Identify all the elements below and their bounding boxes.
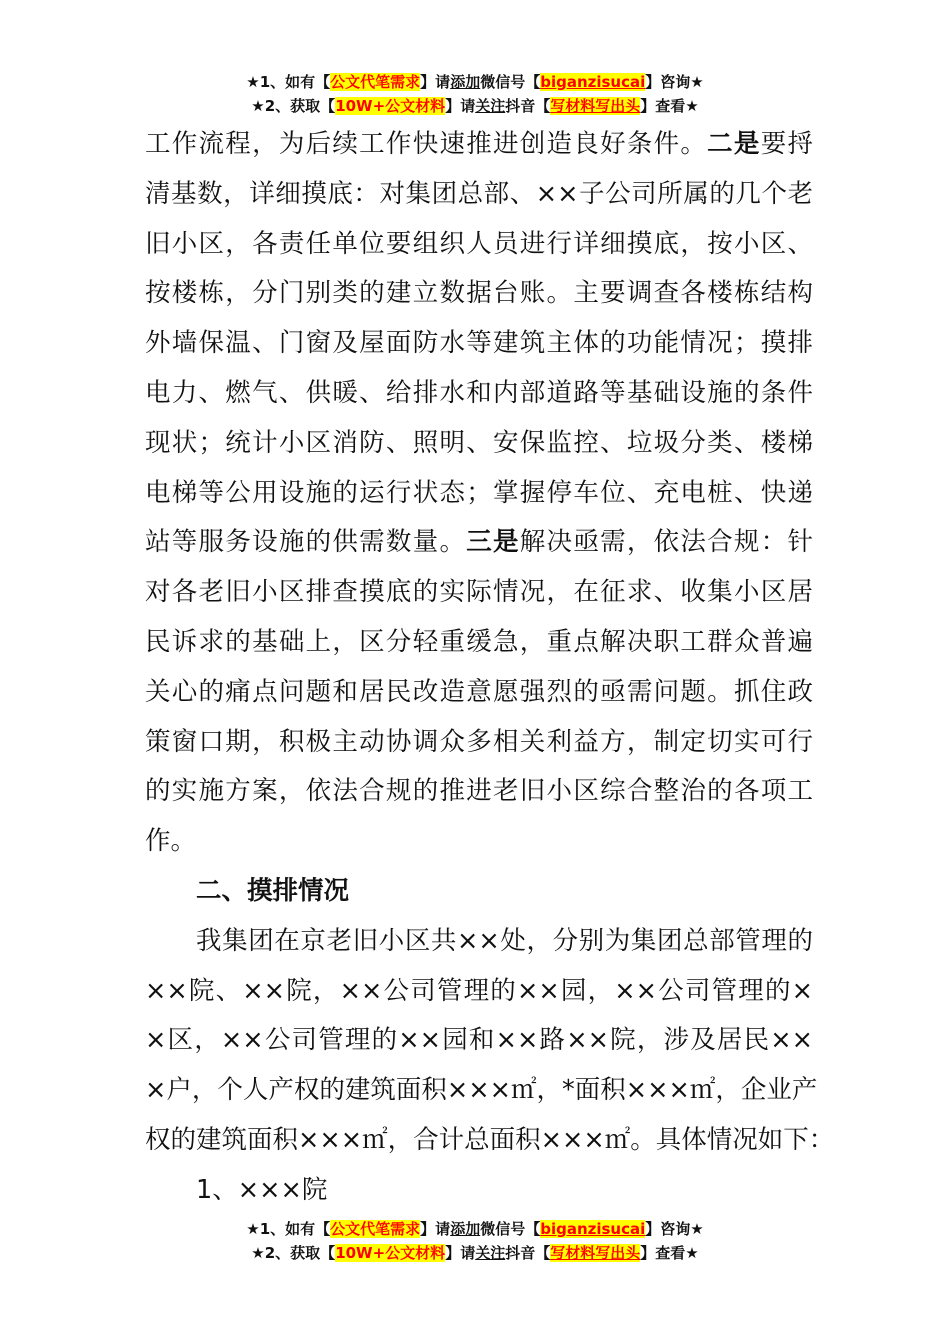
footer-banner: ★1、如有【公文代笔需求】请添加微信号【biganzisucai】咨询★ ★2、… [0, 1217, 950, 1265]
banner-text: 】请 [420, 1220, 450, 1238]
highlight-materials: 10W+公文材料 [335, 1244, 445, 1262]
text-line: 站等服务设施的供需数量。三是解决亟需，依法合规：针 [145, 518, 813, 568]
text-line: 关心的痛点问题和居民改造意愿强烈的亟需问题。抓住政 [145, 668, 813, 718]
banner-text: 】请 [445, 1244, 475, 1262]
banner-text: 】请 [445, 97, 475, 115]
banner-line-2: ★2、获取【10W+公文材料】请关注抖音【写材料写出头】查看★ [0, 1241, 950, 1265]
text-line: 清基数，详细摸底：对集团总部、××子公司所属的几个老 [145, 170, 813, 220]
banner-text: ★1、如有【 [246, 1220, 330, 1238]
wechat-id: biganzisucai [540, 73, 645, 91]
douyin-account: 写材料写出头 [550, 1244, 640, 1262]
highlight-service: 公文代笔需求 [330, 73, 420, 91]
header-banner: ★1、如有【公文代笔需求】请添加微信号【biganzisucai】咨询★ ★2、… [0, 70, 950, 118]
underlined-text: 添加 [450, 1220, 480, 1238]
highlight-service: 公文代笔需求 [330, 1220, 420, 1238]
underlined-text: 添加 [450, 73, 480, 91]
banner-line-1: ★1、如有【公文代笔需求】请添加微信号【biganzisucai】咨询★ [0, 1217, 950, 1241]
banner-line-1: ★1、如有【公文代笔需求】请添加微信号【biganzisucai】咨询★ [0, 70, 950, 94]
text-line: ×户，个人产权的建筑面积×××㎡，*面积×××㎡，企业产 [145, 1066, 813, 1116]
text-line: 按楼栋，分门别类的建立数据台账。主要调查各楼栋结构 [145, 269, 813, 319]
list-item-heading: 1、×××院 [145, 1166, 813, 1216]
douyin-account: 写材料写出头 [550, 97, 640, 115]
text-line: 民诉求的基础上，区分轻重缓急，重点解决职工群众普遍 [145, 618, 813, 668]
text-line: 我集团在京老旧小区共××处，分别为集团总部管理的 [145, 917, 813, 967]
banner-text: ★2、获取【 [251, 1244, 335, 1262]
text-line: 旧小区，各责任单位要组织人员进行详细摸底，按小区、 [145, 220, 813, 270]
text-line: 电力、燃气、供暖、给排水和内部道路等基础设施的条件 [145, 369, 813, 419]
banner-text: 】咨询★ [645, 73, 703, 91]
text-line: 工作流程，为后续工作快速推进创造良好条件。二是要捋 [145, 120, 813, 170]
text-line: 的实施方案，依法合规的推进老旧小区综合整治的各项工 [145, 767, 813, 817]
banner-text: 微信号【 [480, 73, 540, 91]
text-line: 电梯等公用设施的运行状态；掌握停车位、充电桩、快递 [145, 469, 813, 519]
banner-text: 】查看★ [640, 1244, 698, 1262]
banner-text: 】请 [420, 73, 450, 91]
wechat-id: biganzisucai [540, 1220, 645, 1238]
text-line: 对各老旧小区排查摸底的实际情况，在征求、收集小区居 [145, 568, 813, 618]
text-line: 外墙保温、门窗及屋面防水等建筑主体的功能情况；摸排 [145, 319, 813, 369]
banner-line-2: ★2、获取【10W+公文材料】请关注抖音【写材料写出头】查看★ [0, 94, 950, 118]
banner-text: 】咨询★ [645, 1220, 703, 1238]
banner-text: 抖音【 [505, 97, 550, 115]
underlined-text: 关注 [475, 1244, 505, 1262]
banner-text: ★2、获取【 [251, 97, 335, 115]
highlight-materials: 10W+公文材料 [335, 97, 445, 115]
text-line: ××院、××院，××公司管理的××园，××公司管理的× [145, 967, 813, 1017]
section-heading: 二、摸排情况 [145, 867, 813, 917]
underlined-text: 关注 [475, 97, 505, 115]
document-body: 工作流程，为后续工作快速推进创造良好条件。二是要捋 清基数，详细摸底：对集团总部… [145, 120, 813, 1216]
text-line: ×区，××公司管理的××园和××路××院，涉及居民×× [145, 1016, 813, 1066]
banner-text: 微信号【 [480, 1220, 540, 1238]
banner-text: 】查看★ [640, 97, 698, 115]
banner-text: 抖音【 [505, 1244, 550, 1262]
text-line: 现状；统计小区消防、照明、安保监控、垃圾分类、楼梯 [145, 419, 813, 469]
text-line: 权的建筑面积×××㎡，合计总面积×××㎡。具体情况如下： [145, 1116, 813, 1166]
banner-text: ★1、如有【 [246, 73, 330, 91]
text-line: 策窗口期，积极主动协调众多相关利益方，制定切实可行 [145, 718, 813, 768]
text-line: 作。 [145, 817, 813, 867]
